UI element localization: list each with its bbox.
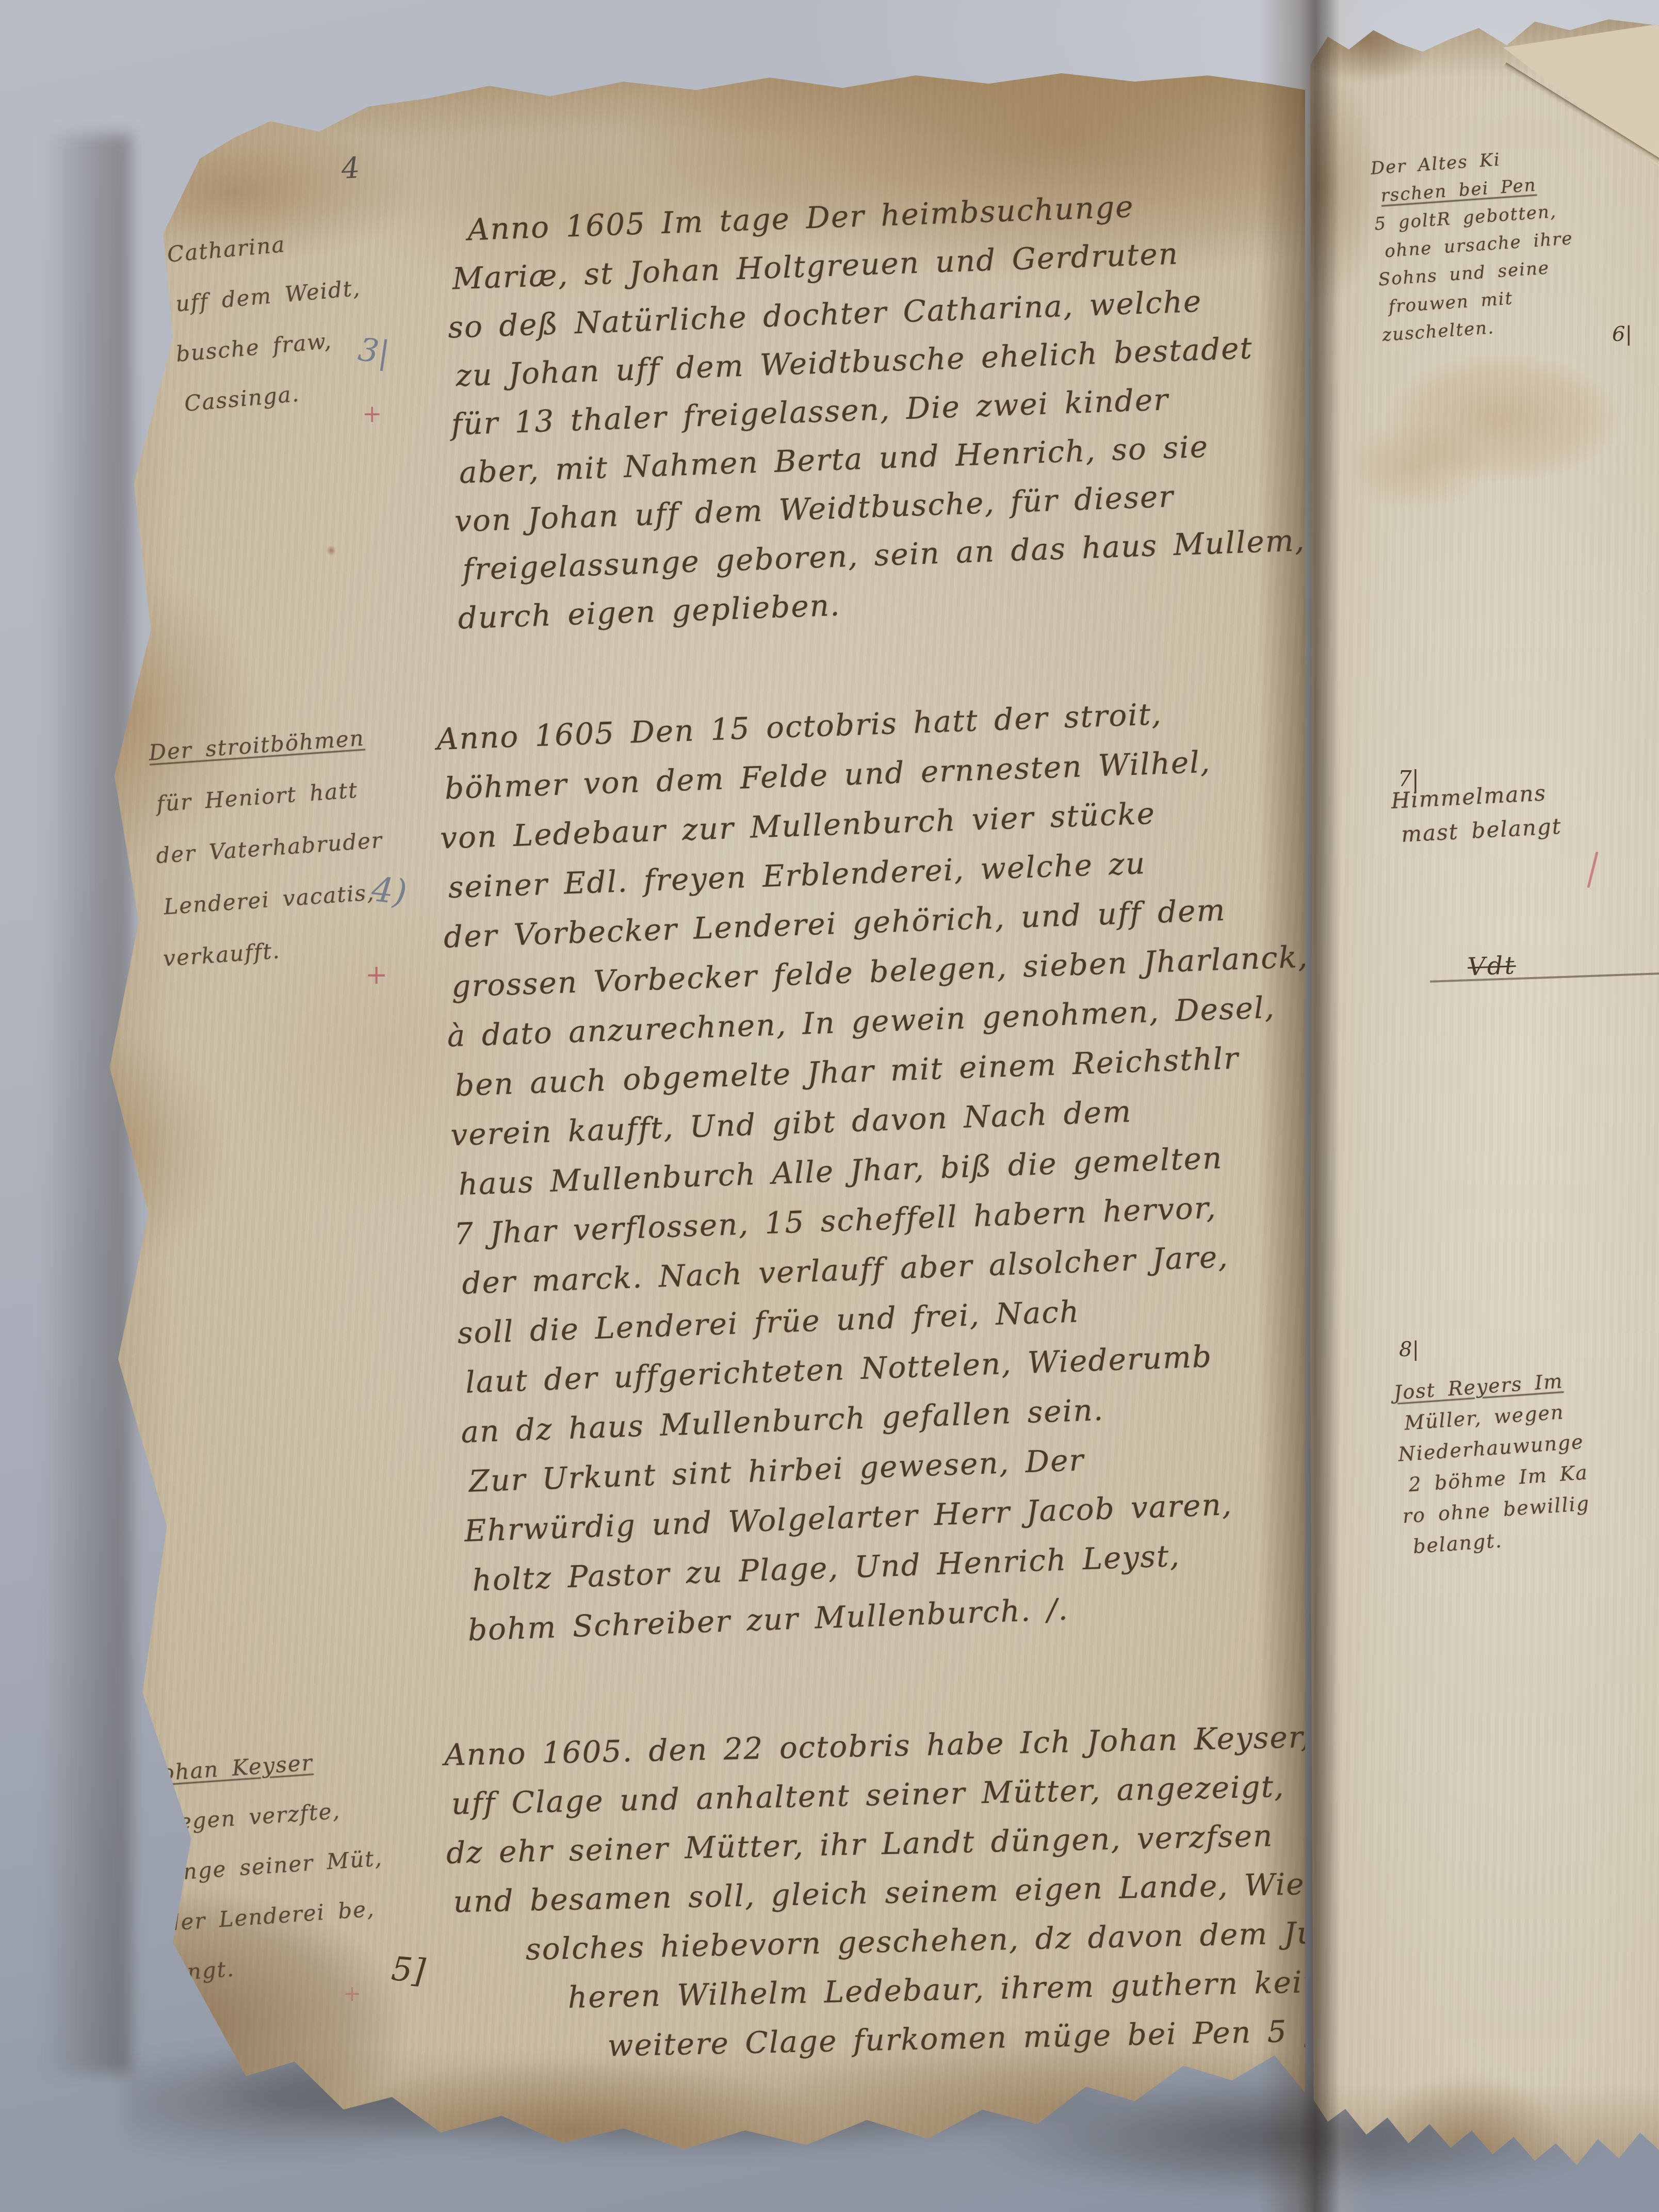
entry-text-heimbsuchunge-1605: Anno 1605 Im tage Der heimbsuchungeMariæ… <box>444 173 1412 642</box>
entry-text-right-himmelmans-mast: Himmelmansmast belangt <box>1390 775 1563 852</box>
manuscript-right-page: Der Altes Kirschen bei Pen5 goltR gebott… <box>1310 13 1659 2169</box>
manuscript-left-page: 4 3| + 4) + + 5] Catharinauff dem Weidt,… <box>88 67 1305 2151</box>
entry-text-right-kirschen: Der Altes Kirschen bei Pen5 goltR gebott… <box>1370 141 1580 349</box>
margin-note-stroitboehmen: Der stroitböhmenfür Heniort hattder Vate… <box>147 711 392 985</box>
entry-text-right-jost-reyers: Jost Reyers ImMüller, wegenNiederhauwung… <box>1393 1364 1593 1563</box>
ink-entry-number-5: 5] <box>390 1950 427 1991</box>
ink-entry-number-6: 6| <box>1612 322 1632 346</box>
margin-note-catharina: Catharinauff dem Weidt,busche fraw,Cassi… <box>165 213 371 429</box>
page-left-edge-shadow <box>43 134 131 2074</box>
page-number: 4 <box>340 151 361 186</box>
entry-text-22-octobris-1605: Anno 1605. den 22 octobris habe Ich Joha… <box>444 1711 1405 2074</box>
ink-entry-number-8: 8| <box>1399 1338 1419 1361</box>
struck-word-vdt: Vdt <box>1467 951 1517 981</box>
manuscript-photo: 4 3| + 4) + + 5] Catharinauff dem Weidt,… <box>0 0 1659 2212</box>
red-slash-mark <box>1587 851 1598 888</box>
strikethrough-line <box>1430 972 1659 983</box>
entry-text-15-octobris-1605: Anno 1605 Den 15 octobris hatt der stroi… <box>436 681 1423 1654</box>
